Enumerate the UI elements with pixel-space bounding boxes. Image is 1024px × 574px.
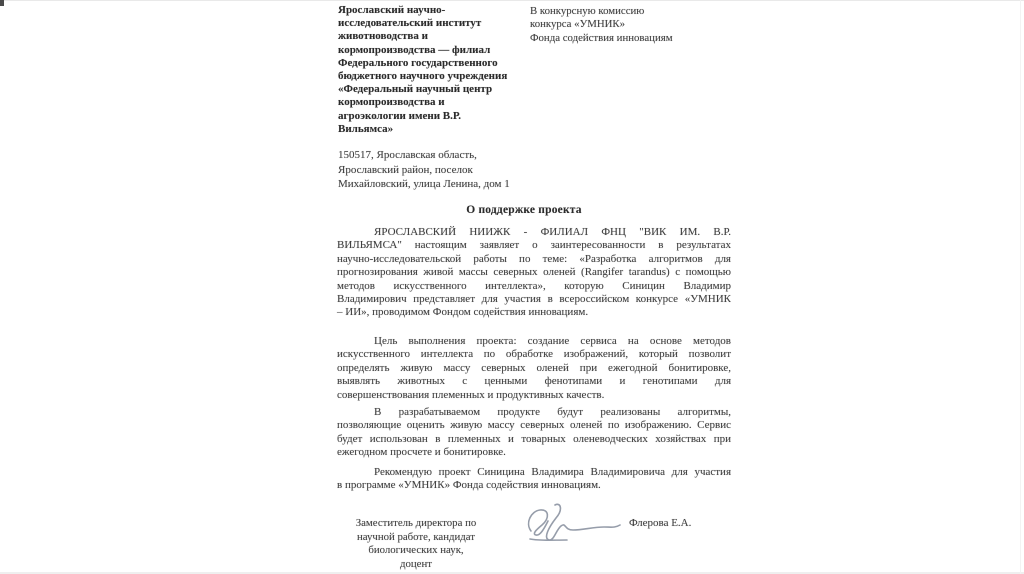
text-line: Владимирович представляет для участия в … — [337, 293, 731, 306]
text-line: – ИИ», проводимом Фондом содействия инно… — [337, 306, 731, 319]
text-line: ЯРОСЛАВСКИЙ НИИЖК - ФИЛИАЛ ФНЦ "ВИК ИМ. … — [337, 226, 731, 239]
text-line: агроэкологии имени В.Р. — [338, 110, 533, 123]
signer-position: Заместитель директора понаучной работе, … — [343, 517, 489, 571]
text-line: В разрабатываемом продукте будут реализо… — [337, 406, 731, 419]
scan-artifact — [0, 0, 4, 6]
text-line: Михайловский, улица Ленина, дом 1 — [338, 177, 538, 192]
text-line: «Федеральный научный центр — [338, 83, 533, 96]
text-line: методов искусственного интеллекта», кото… — [337, 280, 731, 293]
text-line: научно-исследовательской работы по теме:… — [337, 253, 731, 266]
scan-right-edge — [1020, 0, 1021, 574]
paragraph-interest-statement: ЯРОСЛАВСКИЙ НИИЖК - ФИЛИАЛ ФНЦ "ВИК ИМ. … — [337, 226, 731, 320]
paragraph-product-description: В разрабатываемом продукте будут реализо… — [337, 406, 731, 460]
text-line: Ярославский район, поселок — [338, 163, 538, 178]
paragraph-recommendation: Рекомендую проект Синицина Владимира Вла… — [337, 466, 731, 493]
text-line: совершенствования племенных и продуктивн… — [337, 389, 731, 402]
text-line: Заместитель директора по — [343, 517, 489, 531]
text-line: исследовательский институт — [338, 17, 533, 30]
text-line: Рекомендую проект Синицина Владимира Вла… — [337, 466, 731, 479]
text-line: ВИЛЬЯМСА" настоящим заявляет о заинтерес… — [337, 239, 731, 252]
text-line: кормопроизводства и — [338, 96, 533, 109]
paragraph-project-goal: Цель выполнения проекта: создание сервис… — [337, 335, 731, 402]
recipient-block: В конкурсную комиссиюконкурса «УМНИК»Фон… — [530, 5, 710, 45]
text-line: В конкурсную комиссию — [530, 5, 710, 18]
text-line: искусственного интеллекта по обработке и… — [337, 348, 731, 361]
sender-postal-address: 150517, Ярославская область,Ярославский … — [338, 148, 538, 192]
text-line: 150517, Ярославская область, — [338, 148, 538, 163]
document-page: Ярославский научно-исследовательский инс… — [0, 0, 1024, 574]
signer-name: Флерова Е.А. — [629, 517, 691, 529]
text-line: доцент — [343, 558, 489, 572]
text-line: животноводства и — [338, 30, 533, 43]
text-line: Вильямса» — [338, 123, 533, 136]
letter-subject: О поддержке проекта — [337, 204, 711, 216]
text-line: определять живую массу северных оленей п… — [337, 362, 731, 375]
text-line: позволяющие оценить живую массу северных… — [337, 419, 731, 432]
text-line: Фонда содействия инновациям — [530, 32, 710, 45]
text-line: прогнозирования живой массы северных оле… — [337, 266, 731, 279]
text-line: кормопроизводства — филиал — [338, 44, 533, 57]
text-line: Федерального государственного — [338, 57, 533, 70]
sender-organization: Ярославский научно-исследовательский инс… — [338, 4, 533, 136]
text-line: ежегодном просчете и бонитировке. — [337, 446, 731, 459]
text-line: бюджетного научного учреждения — [338, 70, 533, 83]
text-line: Цель выполнения проекта: создание сервис… — [337, 335, 731, 348]
text-line: выявлять животных с ценными фенотипами и… — [337, 375, 731, 388]
signature-ink — [525, 500, 625, 548]
letter: Ярославский научно-исследовательский инс… — [337, 0, 731, 574]
text-line: Ярославский научно- — [338, 4, 533, 17]
text-line: научной работе, кандидат — [343, 531, 489, 545]
text-line: биологических наук, — [343, 544, 489, 558]
text-line: будет использован в племенных и товарных… — [337, 433, 731, 446]
text-line: конкурса «УМНИК» — [530, 18, 710, 31]
text-line: в программе «УМНИК» Фонда содействия инн… — [337, 479, 731, 492]
